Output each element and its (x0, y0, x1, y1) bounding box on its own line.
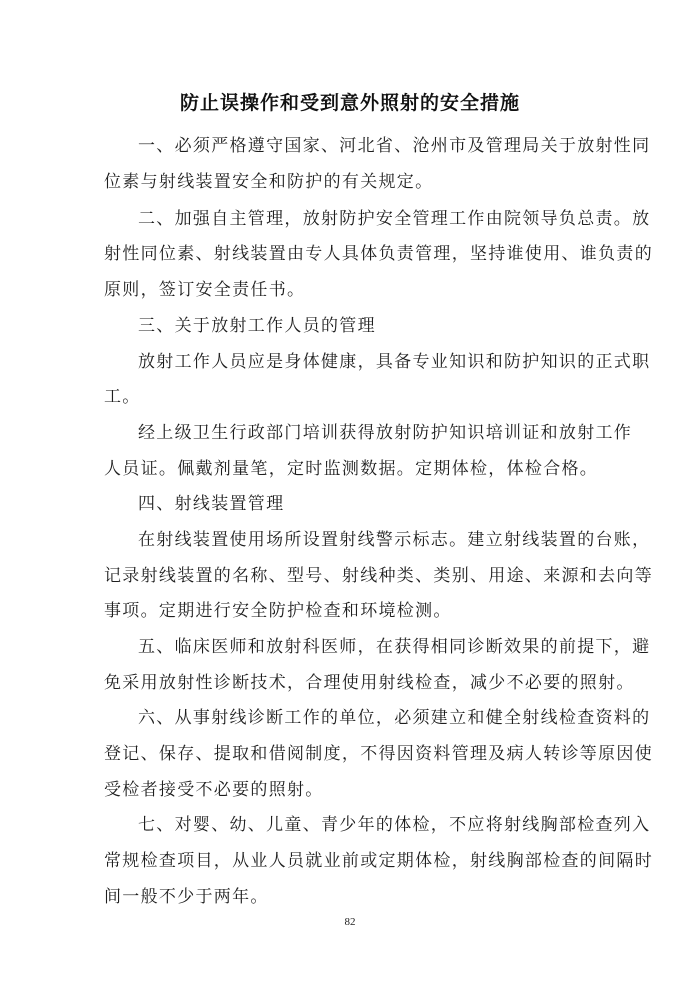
paragraph-line: 间一般不少于两年。 (104, 886, 269, 908)
paragraph-line: 原则，签订安全责任书。 (104, 279, 305, 301)
paragraph-line: 在射线装置使用场所设置射线警示标志。建立射线装置的台账， (138, 529, 650, 551)
paragraph-line: 射性同位素、射线装置由专人具体负责管理，坚持谁使用、谁负责的 (104, 243, 653, 265)
section-heading: 三、关于放射工作人员的管理 (138, 315, 376, 337)
paragraph-line: 放射工作人员应是身体健康，具备专业知识和防护知识的正式职 (138, 351, 650, 373)
paragraph-line: 事项。定期进行安全防护检查和环境检测。 (104, 600, 452, 622)
paragraph-line: 七、对婴、幼、儿童、青少年的体检，不应将射线胸部检查列入 (138, 814, 650, 836)
paragraph-line: 人员证。佩戴剂量笔，定时监测数据。定期体检，体检合格。 (104, 458, 598, 480)
paragraph-line: 位素与射线装置安全和防护的有关规定。 (104, 171, 433, 193)
paragraph-line: 常规检查项目，从业人员就业前或定期体检，射线胸部检查的间隔时 (104, 850, 653, 872)
document-page: 防止误操作和受到意外照射的安全措施 一、必须严格遵守国家、河北省、沧州市及管理局… (0, 0, 700, 990)
paragraph-line: 一、必须严格遵守国家、河北省、沧州市及管理局关于放射性同 (138, 135, 650, 157)
paragraph-line: 经上级卫生行政部门培训获得放射防护知识培训证和放射工作 (138, 422, 632, 444)
paragraph-line: 五、临床医师和放射科医师，在获得相同诊断效果的前提下，避 (138, 636, 650, 658)
paragraph-line: 六、从事射线诊断工作的单位，必须建立和健全射线检查资料的 (138, 707, 650, 729)
paragraph-line: 记录射线装置的名称、型号、射线种类、类别、用途、来源和去向等 (104, 565, 653, 587)
paragraph-line: 免采用放射性诊断技术，合理使用射线检查，减少不必要的照射。 (104, 672, 635, 694)
paragraph-line: 受检者接受不必要的照射。 (104, 779, 324, 801)
paragraph-line: 登记、保存、提取和借阅制度，不得因资料管理及病人转诊等原因使 (104, 743, 653, 765)
paragraph-line: 工。 (104, 386, 141, 408)
page-title: 防止误操作和受到意外照射的安全措施 (0, 88, 700, 115)
page-number: 82 (0, 916, 700, 928)
section-heading: 四、射线装置管理 (138, 493, 284, 515)
paragraph-line: 二、加强自主管理，放射防护安全管理工作由院领导负总责。放 (138, 208, 650, 230)
